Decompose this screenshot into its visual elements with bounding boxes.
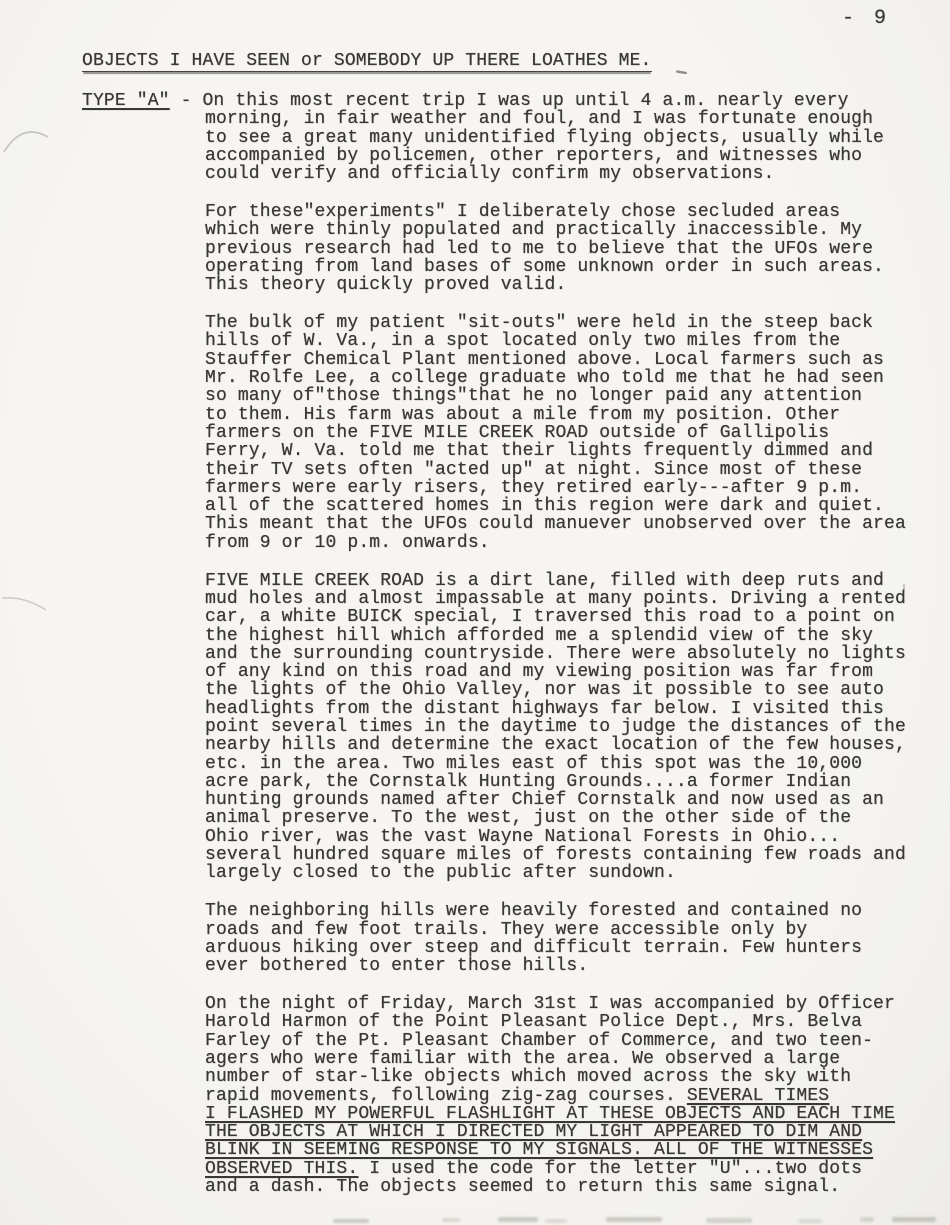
paragraph-five-mile-creek-road: FIVE MILE CREEK ROAD is a dirt lane, fil… [205,572,921,883]
scan-smudge [442,1218,460,1222]
scan-smudge [892,1217,936,1222]
stray-dash-mark [676,70,687,74]
paragraph-type-a-text: On this most recent trip I was up until … [202,91,884,184]
paragraph-neighboring-hills: The neighboring hills were heavily fores… [205,902,921,975]
document-page: - 9 OBJECTS I HAVE SEEN or SOMEBODY UP T… [0,0,950,1225]
paragraph-sit-outs: The bulk of my patient "sit-outs" were h… [205,314,921,552]
paragraph-march-31: On the night of Friday, March 31st I was… [205,995,921,1196]
scan-smudge [606,1217,662,1222]
hole-punch-arc-top [4,132,48,152]
document-body: TYPE "A" - On this most recent trip I wa… [205,92,921,1216]
scan-smudge [706,1218,752,1223]
scan-smudge [333,1219,369,1223]
scan-smudge [498,1217,538,1222]
scan-smudge [798,1219,822,1223]
page-number: - 9 [842,10,886,28]
page-title: OBJECTS I HAVE SEEN or SOMEBODY UP THERE… [82,52,652,72]
paragraph-type-a: TYPE "A" - On this most recent trip I wa… [205,92,921,183]
hole-punch-arc-middle [2,598,46,610]
paragraph-experiments: For these"experiments" I deliberately ch… [205,203,921,294]
scan-smudge [545,1219,567,1223]
page-title-text: OBJECTS I HAVE SEEN or SOMEBODY UP THERE… [82,52,652,72]
type-a-separator: - [170,91,203,111]
type-a-label: TYPE "A" [82,91,170,111]
scan-smudge [860,1217,874,1222]
